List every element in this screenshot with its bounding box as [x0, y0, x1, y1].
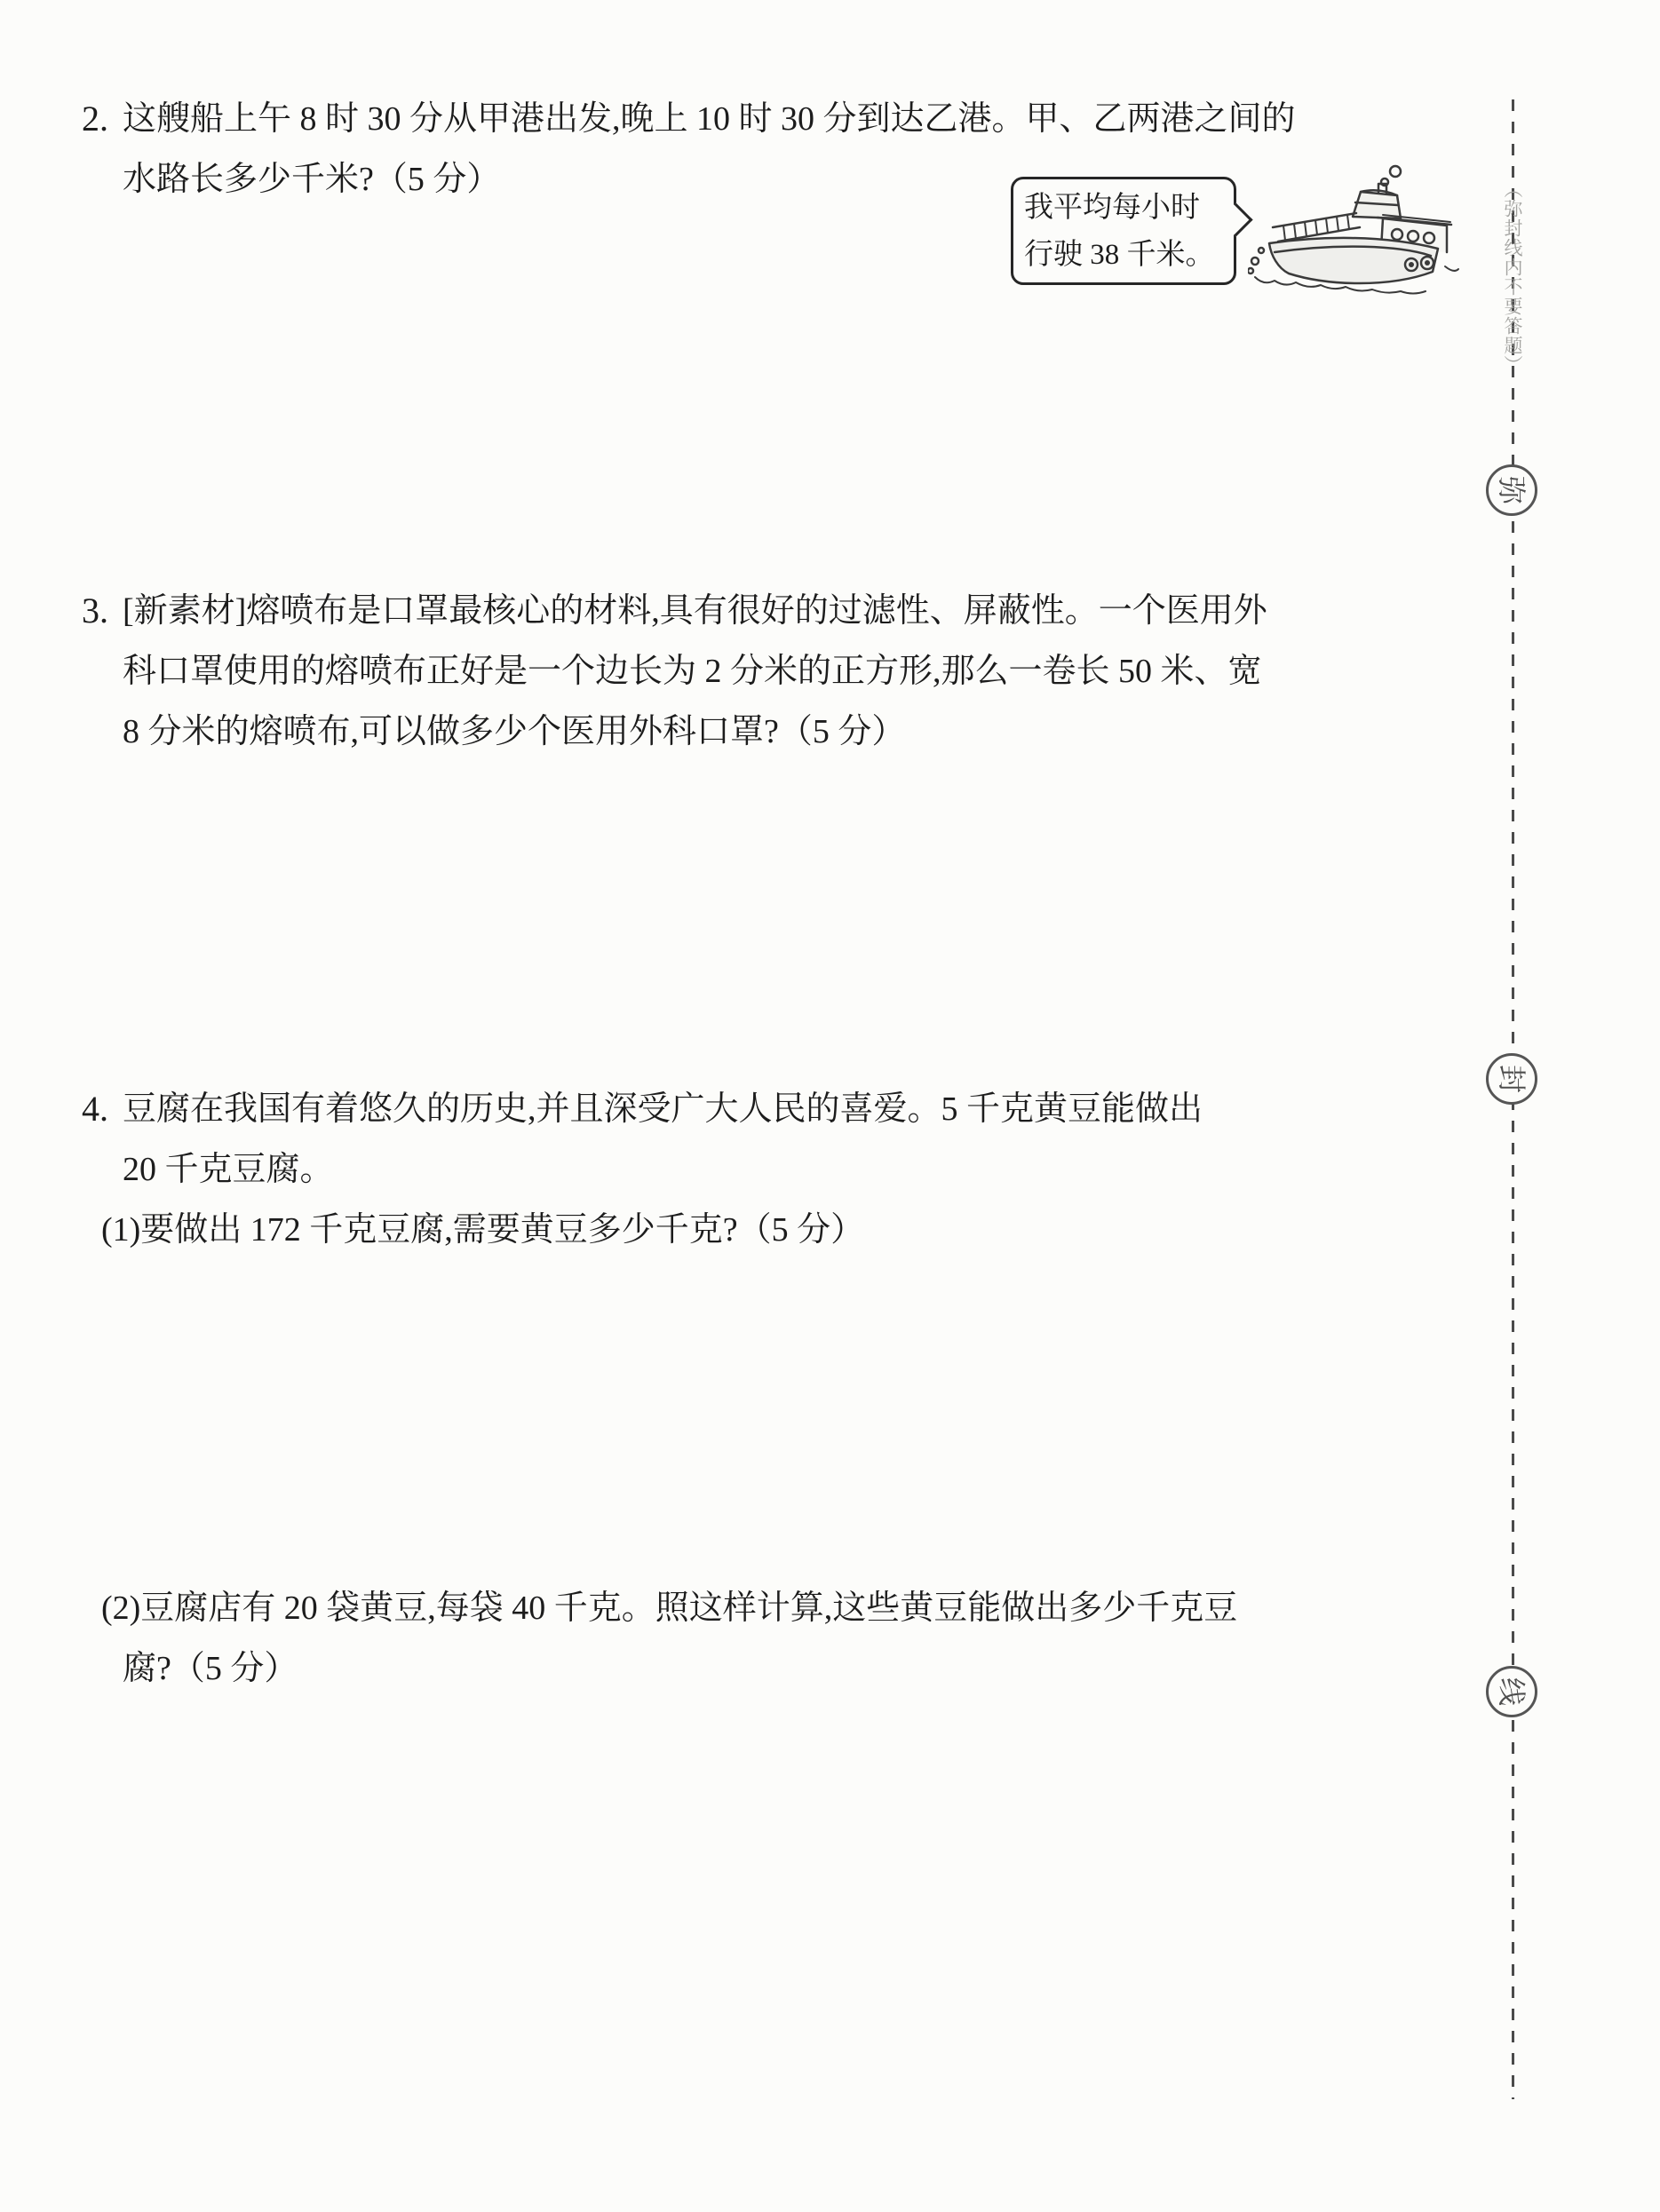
- question-4-sub2: (2)豆腐店有 20 袋黄豆,每袋 40 千克。照这样计算,这些黄豆能做出多少千…: [123, 1578, 1490, 1699]
- question-3-line: 科口罩使用的熔喷布正好是一个边长为 2 分米的正方形,那么一卷长 50 米、宽: [123, 641, 1490, 702]
- seal-margin-note: （弥封线内不要答题）: [1499, 179, 1526, 375]
- boat-splash: [1251, 258, 1259, 265]
- seal-badge-xian-char: 线: [1497, 1677, 1526, 1706]
- boat-splash: [1259, 248, 1264, 253]
- question-3: 3. [新素材]熔喷布是口罩最核心的材料,具有很好的过滤性、屏蔽性。一个医用外 …: [123, 581, 1490, 762]
- seal-badge-xian: 线: [1486, 1666, 1537, 1717]
- question-2-number: 2.: [82, 89, 108, 149]
- question-4-line: 豆腐在我国有着悠久的历史,并且深受广大人民的喜爱。5 千克黄豆能做出: [123, 1079, 1490, 1139]
- question-4-number: 4.: [82, 1079, 108, 1139]
- boat-splash: [1445, 266, 1458, 271]
- seal-badge-mi: 弥: [1486, 464, 1537, 516]
- question-3-line: 8 分米的熔喷布,可以做多少个医用外科口罩?（5 分）: [123, 702, 1490, 762]
- seal-badge-feng: 封: [1486, 1053, 1537, 1105]
- seal-badge-mi-char: 弥: [1497, 476, 1526, 504]
- worksheet-page: 2. 这艘船上午 8 时 30 分从甲港出发,晚上 10 时 30 分到达乙港。…: [0, 0, 1660, 2212]
- speech-bubble-line: 我平均每小时: [1024, 185, 1227, 232]
- boat-splash: [1248, 268, 1253, 274]
- question-4: 4. 豆腐在我国有着悠久的历史,并且深受广大人民的喜爱。5 千克黄豆能做出 20…: [123, 1079, 1490, 1260]
- seal-badge-feng-char: 封: [1497, 1065, 1526, 1093]
- question-4-sub1: (1)要做出 172 千克豆腐,需要黄豆多少千克?（5 分）: [101, 1200, 1490, 1260]
- question-4-sub2-line: 腐?（5 分）: [123, 1638, 1490, 1699]
- boat-icon: [1248, 162, 1461, 295]
- question-2-line: 这艘船上午 8 时 30 分从甲港出发,晚上 10 时 30 分到达乙港。甲、乙…: [123, 89, 1490, 149]
- question-4-line: 20 千克豆腐。: [123, 1139, 1490, 1200]
- question-4-sub2-line: (2)豆腐店有 20 袋黄豆,每袋 40 千克。照这样计算,这些黄豆能做出多少千…: [101, 1578, 1490, 1638]
- boat-hull: [1269, 238, 1438, 283]
- question-3-number: 3.: [82, 581, 108, 641]
- boat-smoke: [1390, 166, 1401, 177]
- speech-bubble-line: 行驶 38 千米。: [1024, 232, 1227, 279]
- speech-bubble: 我平均每小时 行驶 38 千米。: [1011, 177, 1236, 285]
- question-3-line: [新素材]熔喷布是口罩最核心的材料,具有很好的过滤性、屏蔽性。一个医用外: [123, 581, 1490, 641]
